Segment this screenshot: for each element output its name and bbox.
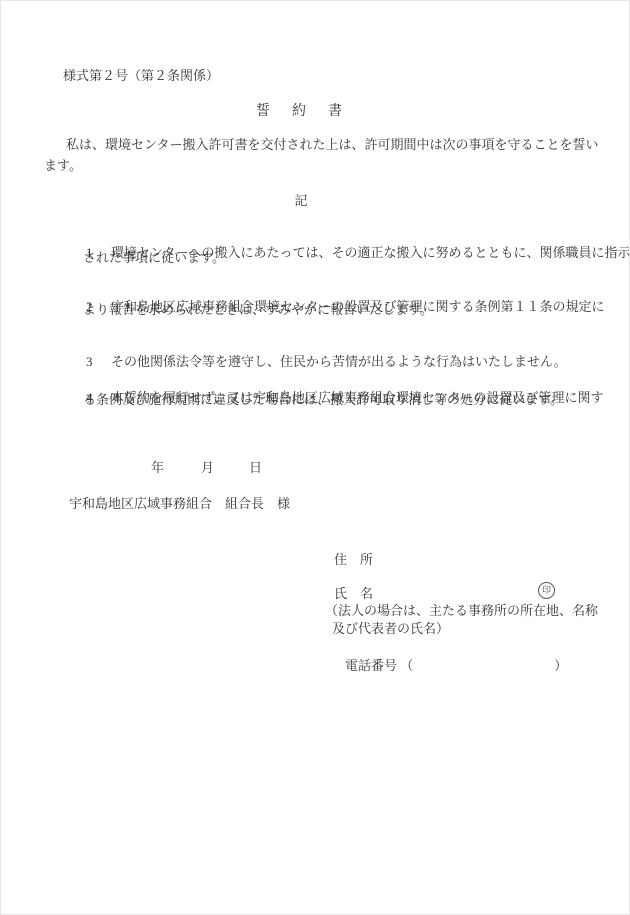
intro-paragraph-line2: ます。 (44, 157, 82, 174)
pledge-item-4-line2: る条例及び施行規則に違反した場合には、搬入許可取り消し等の処分に従います。 (83, 391, 563, 408)
record-marker: 記 (1, 192, 601, 209)
pledge-item-3-text: その他関係法令等を遵守し、住民から苦情が出るような行為はいたしません。 (111, 354, 567, 369)
phone-number-line: 電話番号 （） (332, 640, 567, 691)
date-month-label: 月 (201, 460, 214, 475)
pledge-document-page: 様式第２号（第２条関係） 誓 約 書 私は、環境センター搬入許可書を交付された上… (0, 0, 630, 915)
document-title: 誓 約 書 (1, 103, 601, 120)
pledge-item-1-line2: された事項に従います。 (83, 249, 225, 266)
date-line: 年月日 (138, 442, 262, 493)
intro-paragraph-line1: 私は、環境センター搬入許可書を交付された上は、許可期間中は次の事項を守ることを誓… (66, 136, 598, 153)
phone-label: 電話番号 （ (345, 658, 413, 673)
date-day-label: 日 (249, 460, 262, 475)
phone-close-paren: ） (554, 658, 567, 673)
addressee-line: 宇和島地区広域事務組合 組合長 様 (69, 495, 290, 512)
corporate-note-line2: 及び代表者の氏名） (332, 620, 449, 637)
seal-stamp-icon: 印 (538, 582, 555, 599)
form-number: 様式第２号（第２条関係） (63, 67, 219, 84)
corporate-note-line1: （法人の場合は、主たる事務所の所在地、名称 (325, 602, 598, 619)
address-label: 住 所 (334, 551, 373, 568)
date-year-label: 年 (151, 460, 164, 475)
name-label: 氏 名 (334, 585, 373, 602)
pledge-item-3-number: 3 (86, 353, 111, 370)
pledge-item-2-line2: より報告を求められたときは、すみやかに報告いたします。 (83, 301, 433, 318)
